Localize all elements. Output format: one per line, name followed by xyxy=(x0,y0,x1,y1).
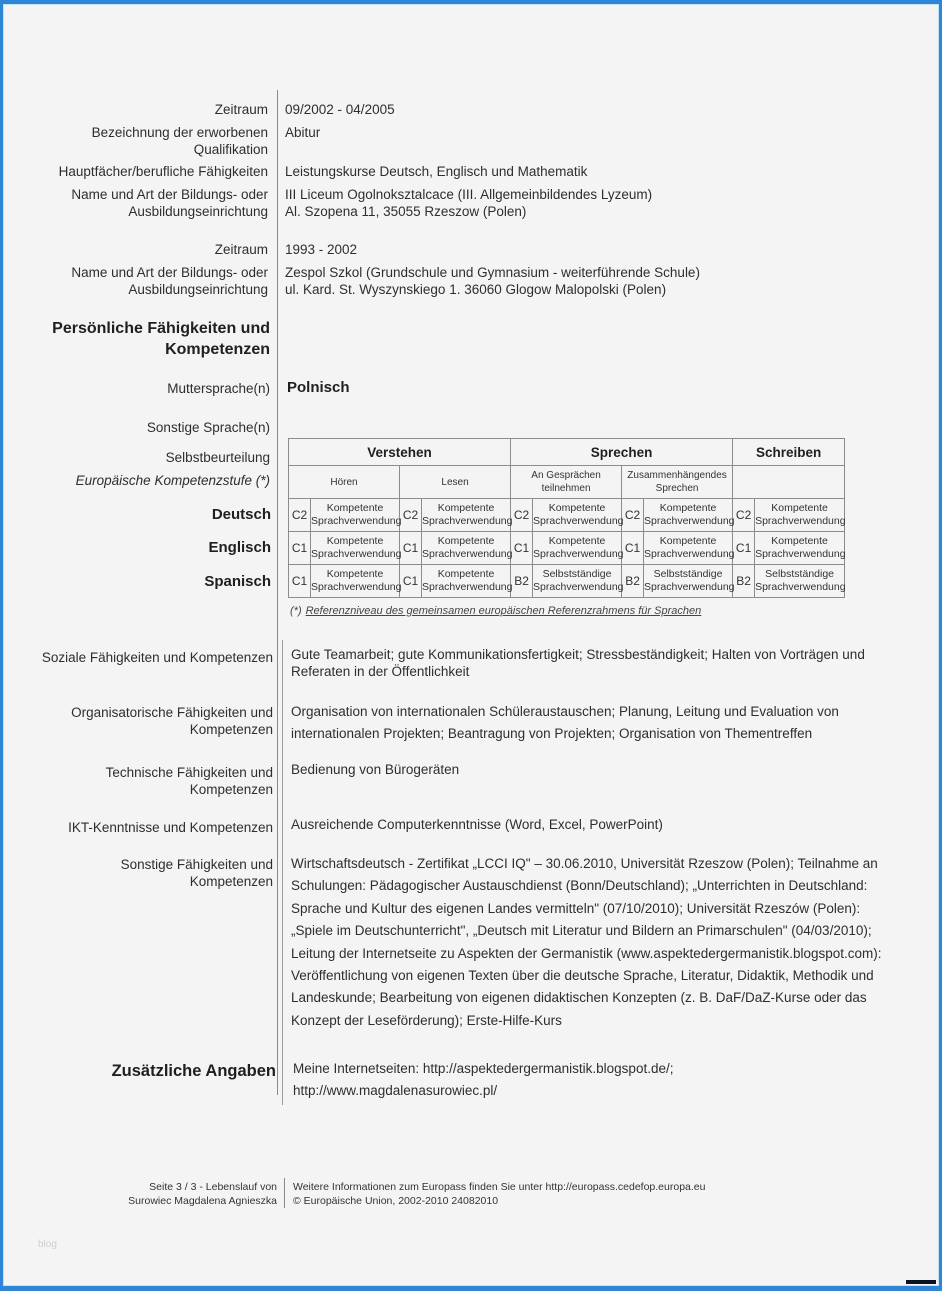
level-description: KompetenteSprachverwendung xyxy=(644,499,733,532)
competence-text-line: Veröffentlichung von eigenen Texten über… xyxy=(291,965,882,987)
level-description-line2: Sprachverwendung xyxy=(533,581,621,594)
institution-label-line2: Ausbildungseinrichtung xyxy=(71,281,268,298)
level-description-line2: Sprachverwendung xyxy=(311,548,399,561)
competence-text-line: Leitung der Internetseite zu Aspekten de… xyxy=(291,943,882,965)
competence-label: Soziale Fähigkeiten und Kompetenzen xyxy=(42,649,273,666)
self-assessment-label: Selbstbeurteilung xyxy=(166,449,270,466)
level-description-line1: Kompetente xyxy=(755,502,844,515)
level-description: KompetenteSprachverwendung xyxy=(533,499,622,532)
competence-label: Sonstige Fähigkeiten undKompetenzen xyxy=(121,856,273,890)
level-description-line2: Sprachverwendung xyxy=(755,548,844,561)
level-description-line1: Kompetente xyxy=(533,535,621,548)
level-description: KompetenteSprachverwendung xyxy=(644,532,733,565)
institution-value: III Liceum Ogolnoksztalcace (III. Allgem… xyxy=(285,186,652,220)
institution-label-line1: Name und Art der Bildungs- oder xyxy=(71,264,268,281)
level-code: C1 xyxy=(400,565,422,598)
level-description: KompetenteSprachverwendung xyxy=(311,499,400,532)
level-code: C2 xyxy=(511,499,533,532)
institution-value: Zespol Szkol (Grundschule und Gymnasium … xyxy=(285,264,700,298)
skills-heading-line2: Kompetenzen xyxy=(52,339,270,360)
level-description-line1: Kompetente xyxy=(311,502,399,515)
level-description: KompetenteSprachverwendung xyxy=(755,532,845,565)
language-row: C1KompetenteSprachverwendungC1Kompetente… xyxy=(289,565,845,598)
website-link[interactable]: http://www.magdalenasurowiec.pl/ xyxy=(293,1080,673,1102)
qualification-value: Abitur xyxy=(285,124,320,141)
qualification-label: Bezeichnung der erworbenen Qualifikation xyxy=(92,124,268,158)
level-description: KompetenteSprachverwendung xyxy=(533,532,622,565)
institution-line2: ul. Kard. St. Wyszynskiego 1. 36060 Glog… xyxy=(285,281,700,298)
institution-label-line1: Name und Art der Bildungs- oder xyxy=(71,186,268,203)
footer-europass-link[interactable]: Weitere Informationen zum Europass finde… xyxy=(293,1180,705,1194)
subheader: Hören xyxy=(289,466,400,499)
competence-text-line: Sprache und Kultur des eigenen Landes ve… xyxy=(291,898,882,920)
level-description-line2: Sprachverwendung xyxy=(755,515,844,528)
subjects-label: Hauptfächer/berufliche Fähigkeiten xyxy=(59,163,268,180)
competence-label: IKT-Kenntnisse und Kompetenzen xyxy=(68,819,273,836)
mother-tongue-label: Muttersprache(n) xyxy=(167,380,270,397)
level-description-line1: Kompetente xyxy=(755,535,844,548)
level-code: C2 xyxy=(622,499,644,532)
competence-label-line: IKT-Kenntnisse und Kompetenzen xyxy=(68,819,273,836)
level-description: SelbstständigeSprachverwendung xyxy=(755,565,845,598)
institution-line1: III Liceum Ogolnoksztalcace (III. Allgem… xyxy=(285,186,652,203)
level-description-line2: Sprachverwendung xyxy=(533,548,621,561)
column-divider-lower xyxy=(282,640,283,1105)
group-header: Verstehen xyxy=(289,439,511,466)
competence-label-line: Kompetenzen xyxy=(106,781,273,798)
institution-line1: Zespol Szkol (Grundschule und Gymnasium … xyxy=(285,264,700,281)
competence-label-line: Soziale Fähigkeiten und Kompetenzen xyxy=(42,649,273,666)
level-description: KompetenteSprachverwendung xyxy=(755,499,845,532)
level-code: B2 xyxy=(622,565,644,598)
level-description-line2: Sprachverwendung xyxy=(644,581,732,594)
footer-europass-info: Weitere Informationen zum Europass finde… xyxy=(293,1180,705,1208)
column-divider xyxy=(277,90,278,1095)
resize-corner-mark xyxy=(906,1280,936,1284)
period-label: Zeitraum xyxy=(215,241,268,258)
website-link[interactable]: Meine Internetseiten: http://aspektederg… xyxy=(293,1058,673,1080)
european-level-label: Europäische Kompetenzstufe (*) xyxy=(76,472,270,489)
competence-label-line: Kompetenzen xyxy=(71,721,273,738)
competence-text-line: Ausreichende Computerkenntnisse (Word, E… xyxy=(291,816,663,833)
group-header: Sprechen xyxy=(511,439,733,466)
language-self-assessment-table: Verstehen Sprechen Schreiben Hören Lesen… xyxy=(288,438,845,598)
footnote-marker: (*) xyxy=(290,605,302,617)
level-description-line1: Kompetente xyxy=(311,535,399,548)
level-code: B2 xyxy=(511,565,533,598)
table-footnote: (*)Referenzniveau des gemeinsamen europä… xyxy=(290,605,701,617)
level-description-line2: Sprachverwendung xyxy=(644,515,732,528)
qualification-label-line1: Bezeichnung der erworbenen xyxy=(92,124,268,141)
level-description-line2: Sprachverwendung xyxy=(311,515,399,528)
subheader: An Gesprächen teilnehmen xyxy=(511,466,622,499)
level-description-line1: Selbstständige xyxy=(533,568,621,581)
level-description-line1: Selbstständige xyxy=(755,568,844,581)
level-code: C1 xyxy=(511,532,533,565)
mother-tongue-value: Polnisch xyxy=(287,379,350,396)
subheader: Zusammenhängendes Sprechen xyxy=(622,466,733,499)
institution-line2: Al. Szopena 11, 35055 Rzeszow (Polen) xyxy=(285,203,652,220)
competence-label-line: Technische Fähigkeiten und xyxy=(106,764,273,781)
competence-label: Technische Fähigkeiten undKompetenzen xyxy=(106,764,273,798)
skills-heading-line1: Persönliche Fähigkeiten und xyxy=(52,318,270,339)
qualification-label-line2: Qualifikation xyxy=(92,141,268,158)
competence-text-line: Konzept der Leseförderung); Erste-Hilfe-… xyxy=(291,1010,882,1032)
level-description: KompetenteSprachverwendung xyxy=(422,499,511,532)
level-code: B2 xyxy=(733,565,755,598)
other-languages-label: Sonstige Sprache(n) xyxy=(147,419,270,436)
additional-heading: Zusätzliche Angaben xyxy=(112,1061,276,1082)
level-description: KompetenteSprachverwendung xyxy=(422,532,511,565)
language-row: C1KompetenteSprachverwendungC1Kompetente… xyxy=(289,532,845,565)
level-description-line2: Sprachverwendung xyxy=(422,581,510,594)
language-name: Englisch xyxy=(208,539,271,556)
level-code: C2 xyxy=(400,499,422,532)
competence-text-line: Organisation von internationalen Schüler… xyxy=(291,701,839,723)
level-description-line1: Kompetente xyxy=(644,502,732,515)
competence-text: Gute Teamarbeit; gute Kommunikationsfert… xyxy=(291,646,865,680)
competence-text: Bedienung von Bürogeräten xyxy=(291,761,459,778)
level-description: KompetenteSprachverwendung xyxy=(311,532,400,565)
table-subheader-row: Hören Lesen An Gesprächen teilnehmen Zus… xyxy=(289,466,845,499)
competence-text-line: „Spiele im Deutschunterricht", „Deutsch … xyxy=(291,920,882,942)
level-description-line2: Sprachverwendung xyxy=(422,515,510,528)
level-code: C1 xyxy=(622,532,644,565)
period-value: 09/2002 - 04/2005 xyxy=(285,101,395,118)
competence-label-line: Kompetenzen xyxy=(121,873,273,890)
level-description-line1: Kompetente xyxy=(422,535,510,548)
language-name: Spanisch xyxy=(204,573,271,590)
footer-author: Surowiec Magdalena Agnieszka xyxy=(128,1194,277,1208)
level-description: SelbstständigeSprachverwendung xyxy=(644,565,733,598)
group-header: Schreiben xyxy=(733,439,845,466)
competence-text-line: Gute Teamarbeit; gute Kommunikationsfert… xyxy=(291,646,865,663)
level-description-line1: Kompetente xyxy=(422,502,510,515)
level-code: C1 xyxy=(400,532,422,565)
competence-label-line: Organisatorische Fähigkeiten und xyxy=(71,704,273,721)
competence-text-line: Schulungen: Pädagogischer Austauschdiens… xyxy=(291,875,882,897)
competence-text-line: internationalen Projekten; Beantragung v… xyxy=(291,723,839,745)
additional-text: Meine Internetseiten: http://aspektederg… xyxy=(293,1058,673,1102)
subheader: Lesen xyxy=(400,466,511,499)
competence-text-line: Referaten in der Öffentlichkeit xyxy=(291,663,865,680)
period-value: 1993 - 2002 xyxy=(285,241,357,258)
period-label: Zeitraum xyxy=(215,101,268,118)
footer-page-number: Seite 3 / 3 - Lebenslauf von xyxy=(128,1180,277,1194)
competence-label-line: Sonstige Fähigkeiten und xyxy=(121,856,273,873)
competence-text: Ausreichende Computerkenntnisse (Word, E… xyxy=(291,816,663,833)
institution-label-line2: Ausbildungseinrichtung xyxy=(71,203,268,220)
subjects-value: Leistungskurse Deutsch, Englisch und Mat… xyxy=(285,163,587,180)
language-row: C2KompetenteSprachverwendungC2Kompetente… xyxy=(289,499,845,532)
level-description: SelbstständigeSprachverwendung xyxy=(533,565,622,598)
competence-text-line: Bedienung von Bürogeräten xyxy=(291,761,459,778)
level-description-line2: Sprachverwendung xyxy=(755,581,844,594)
institution-label: Name und Art der Bildungs- oder Ausbildu… xyxy=(71,186,268,220)
level-description-line2: Sprachverwendung xyxy=(422,548,510,561)
level-description-line2: Sprachverwendung xyxy=(311,581,399,594)
competence-label: Organisatorische Fähigkeiten undKompeten… xyxy=(71,704,273,738)
footer-divider xyxy=(284,1178,285,1208)
level-description-line2: Sprachverwendung xyxy=(644,548,732,561)
level-code: C1 xyxy=(289,565,311,598)
competence-text: Organisation von internationalen Schüler… xyxy=(291,701,839,745)
level-description-line1: Kompetente xyxy=(644,535,732,548)
level-description-line2: Sprachverwendung xyxy=(533,515,621,528)
footnote-text: Referenzniveau des gemeinsamen europäisc… xyxy=(306,605,702,617)
competence-text-line: Landeskunde; Bearbeitung von eigenen did… xyxy=(291,987,882,1009)
level-code: C1 xyxy=(289,532,311,565)
level-description-line1: Kompetente xyxy=(533,502,621,515)
level-description: KompetenteSprachverwendung xyxy=(311,565,400,598)
level-code: C1 xyxy=(733,532,755,565)
level-description-line1: Selbstständige xyxy=(644,568,732,581)
subheader xyxy=(733,466,845,499)
level-description-line1: Kompetente xyxy=(422,568,510,581)
level-code: C2 xyxy=(733,499,755,532)
footer-copyright: © Europäische Union, 2002-2010 24082010 xyxy=(293,1194,705,1208)
language-name: Deutsch xyxy=(212,506,271,523)
table-group-header-row: Verstehen Sprechen Schreiben xyxy=(289,439,845,466)
footer-page-info: Seite 3 / 3 - Lebenslauf von Surowiec Ma… xyxy=(128,1180,277,1208)
competence-text: Wirtschaftsdeutsch - Zertifikat „LCCI IQ… xyxy=(291,853,882,1032)
level-description: KompetenteSprachverwendung xyxy=(422,565,511,598)
level-description-line1: Kompetente xyxy=(311,568,399,581)
skills-heading: Persönliche Fähigkeiten und Kompetenzen xyxy=(52,318,270,360)
institution-label: Name und Art der Bildungs- oder Ausbildu… xyxy=(71,264,268,298)
watermark: blog xyxy=(38,1239,57,1250)
competence-text-line: Wirtschaftsdeutsch - Zertifikat „LCCI IQ… xyxy=(291,853,882,875)
level-code: C2 xyxy=(289,499,311,532)
